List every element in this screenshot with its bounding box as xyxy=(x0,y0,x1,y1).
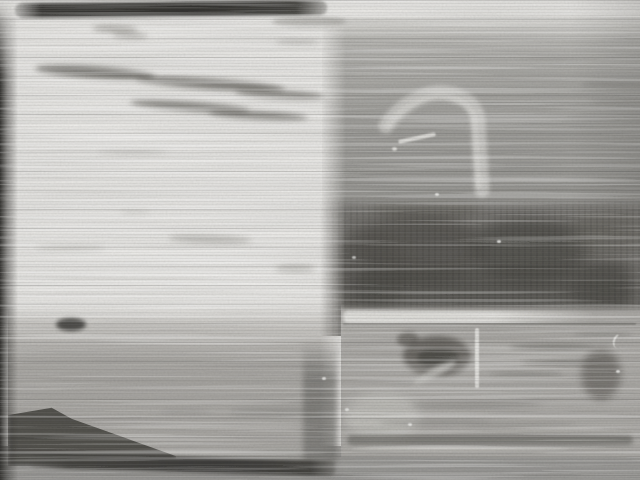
ink-smudge xyxy=(208,108,308,121)
dust-speck xyxy=(322,377,326,380)
inset-lower-streak xyxy=(411,402,543,408)
ink-smudge xyxy=(35,245,105,250)
gray-streak xyxy=(160,410,210,414)
ink-smudge xyxy=(235,88,325,101)
inset-bottom-band xyxy=(347,435,633,445)
dust-speck xyxy=(345,408,349,411)
vertical-scratch xyxy=(475,328,479,388)
ink-smudge xyxy=(112,32,148,38)
dust-speck xyxy=(497,240,501,243)
water-streak xyxy=(518,58,578,61)
inset-streak xyxy=(509,344,595,350)
left-photo xyxy=(8,10,346,464)
dust-speck xyxy=(352,256,356,259)
dust-speck xyxy=(435,193,439,196)
inset-bottom-light-streak xyxy=(351,447,569,451)
inset-streak xyxy=(489,372,563,376)
pane-gap-shadow xyxy=(303,342,337,475)
dust-speck xyxy=(616,370,620,373)
inset-dark-patch xyxy=(581,348,621,400)
ink-smudge xyxy=(275,40,319,44)
inset-lower-streak xyxy=(465,423,577,427)
top-ink-band xyxy=(15,0,327,18)
ink-smudge xyxy=(92,25,138,33)
ink-smudge xyxy=(120,211,150,214)
ink-smudge xyxy=(275,265,315,272)
water-streak xyxy=(566,116,620,119)
inset-photo xyxy=(341,304,640,457)
inset-hairline xyxy=(343,323,636,325)
fax-scan-canvas xyxy=(0,0,640,480)
dust-speck xyxy=(408,423,412,426)
dust-speck xyxy=(212,157,216,160)
left-edge-scanner-shadow xyxy=(0,0,18,480)
duck-head xyxy=(397,332,419,347)
ink-smudge xyxy=(168,234,252,245)
top-band-smear xyxy=(272,16,346,27)
inset-bright-edge xyxy=(343,310,595,324)
dark-blob xyxy=(56,318,86,331)
ink-smudge xyxy=(97,150,167,154)
scratch-dot xyxy=(392,147,397,151)
